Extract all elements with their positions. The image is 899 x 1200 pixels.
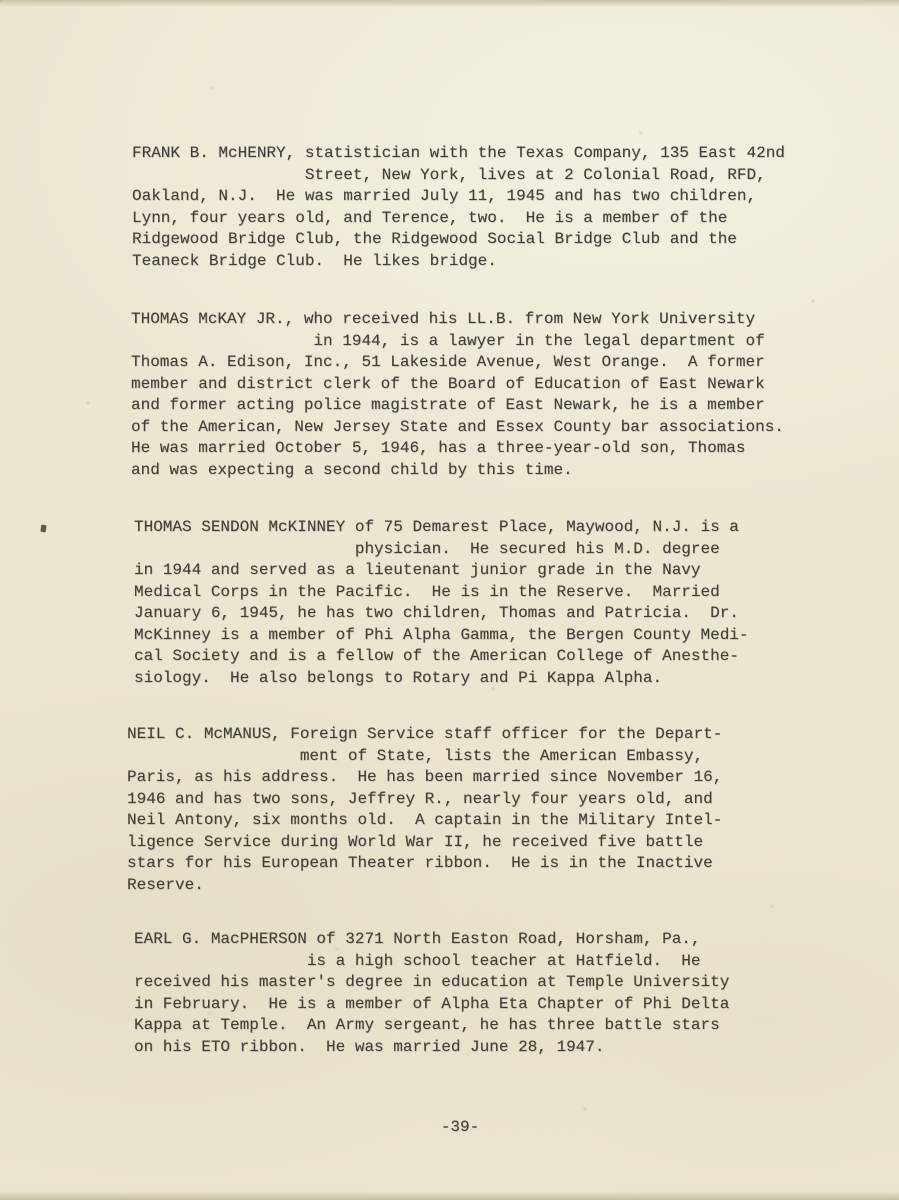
bio-entry-earl-g-macpherson: EARL G. MacPHERSON of 3271 North Easton … [134,929,729,1058]
bio-entry-thomas-mckay-jr: THOMAS McKAY JR., who received his LL.B.… [131,309,784,481]
bio-entry-neil-c-mcmanus: NEIL C. McMANUS, Foreign Service staff o… [127,724,722,896]
document-page: FRANK B. McHENRY, statistician with the … [0,0,899,1200]
page-number: -39- [130,1117,790,1139]
bio-entry-frank-b-mchenry: FRANK B. McHENRY, statistician with the … [132,143,785,272]
scan-top-edge [0,0,899,7]
bio-entry-thomas-sendon-mckinney: THOMAS SENDON McKINNEY of 75 Demarest Pl… [134,517,749,689]
ink-speck [41,525,47,533]
scan-bottom-edge [0,1191,899,1200]
